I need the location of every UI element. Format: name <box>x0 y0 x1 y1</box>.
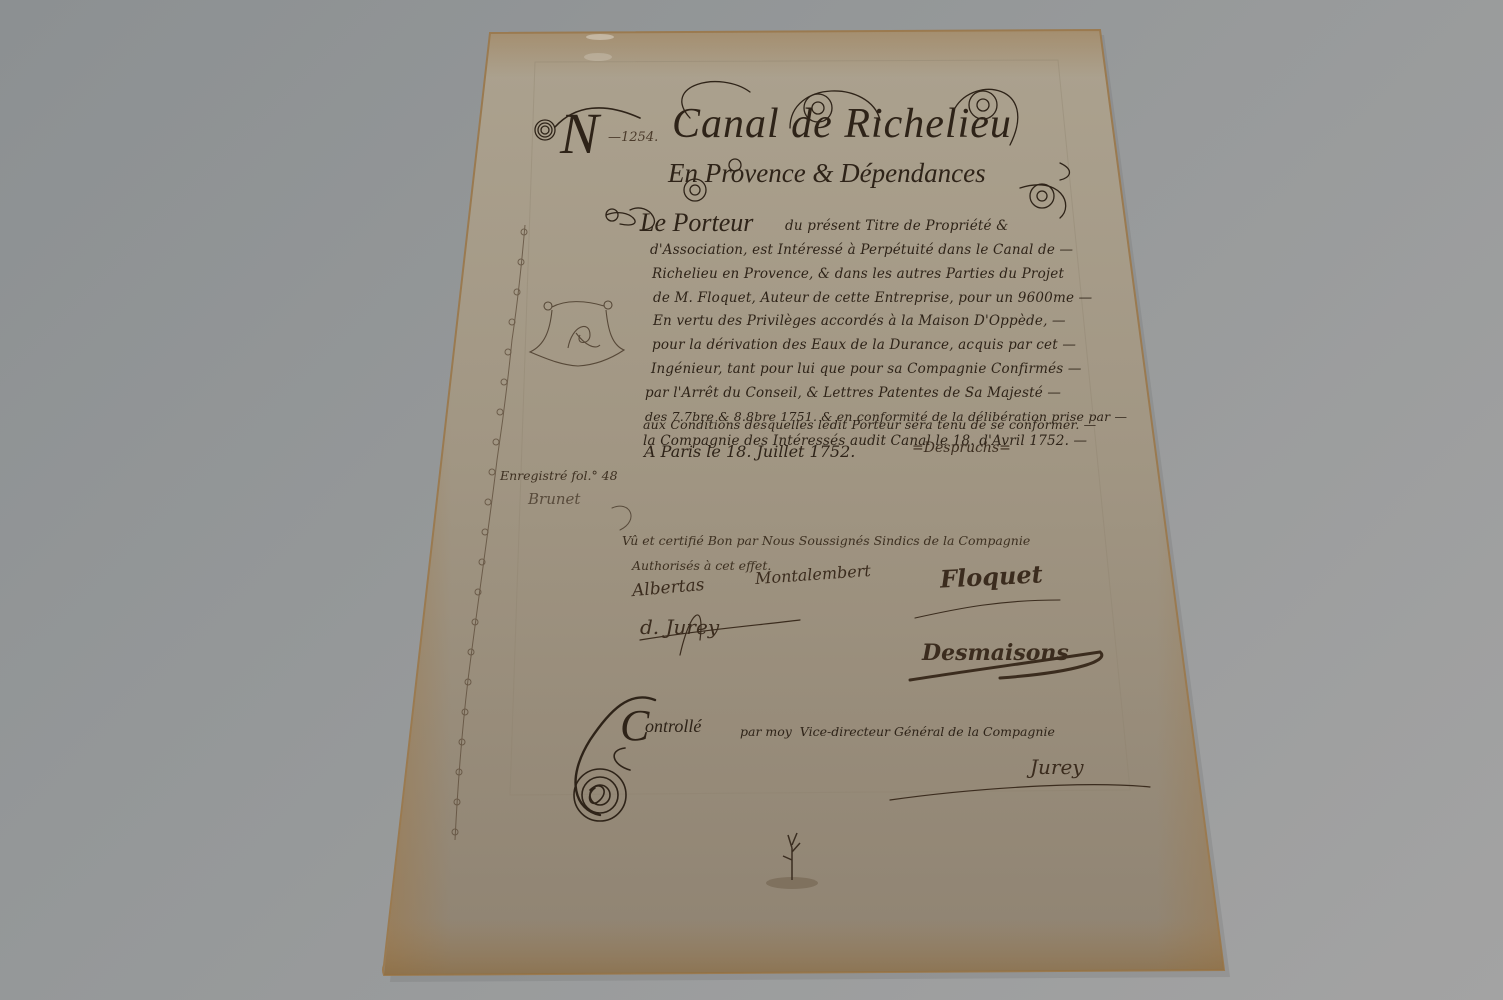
floral-border-icon <box>452 225 527 840</box>
certification-line-1: Vû et certifié Bon par Nous Soussignés S… <box>622 533 1030 548</box>
body-line-0: du présent Titre de Propriété & <box>785 218 1008 234</box>
clerk-signature: =Despruchs= <box>912 440 1011 456</box>
body-line-4: En vertu des Privilèges accordés à la Ma… <box>653 313 1066 329</box>
signature-floquet: Floquet <box>939 559 1043 593</box>
body-line-5: pour la dérivation des Eaux de la Duranc… <box>652 337 1076 353</box>
document-title: Canal de Richelieu <box>672 100 1012 148</box>
register-signature: Brunet <box>528 490 580 508</box>
body-first-word: Le Porteur <box>640 208 753 238</box>
body-line-10-visible: aux Conditions desquelles ledit Porteur … <box>643 417 1096 432</box>
signature-jurey: d. Jurey <box>640 615 719 639</box>
control-line: par moy Vice-directeur Général de la Com… <box>740 724 1055 739</box>
control-signature: Jurey <box>1030 755 1084 779</box>
certification-line-2: Authorisés à cet effet. <box>632 558 771 573</box>
signature-desmaisons: Desmaisons <box>922 640 1069 666</box>
body-line-3: de M. Floquet, Auteur de cette Entrepris… <box>653 290 1092 306</box>
monogram-shield-icon <box>530 301 624 366</box>
document-subtitle: En Provence & Dépendances <box>668 158 986 189</box>
body-line-7: par l'Arrêt du Conseil, & Lettres Patent… <box>645 385 1061 401</box>
body-line-2: Richelieu en Provence, & dans les autres… <box>652 266 1064 282</box>
tree-vignette-icon <box>766 833 818 889</box>
number-prefix-n: N <box>560 100 599 167</box>
body-line-6: Ingénieur, tant pour lui que pour sa Com… <box>651 361 1082 377</box>
register-label: Enregistré fol.° 48 <box>500 468 618 483</box>
flourish-ornaments <box>0 0 1503 1000</box>
certificate-number: —1254. <box>608 130 658 145</box>
jurey-control-underline-stroke <box>890 785 1150 800</box>
body-line-1: d'Association, est Intéressé à Perpétuit… <box>650 242 1073 258</box>
control-word: ontrollé <box>645 716 701 737</box>
place-date: A Paris le 18. Juillet 1752. <box>644 442 855 461</box>
